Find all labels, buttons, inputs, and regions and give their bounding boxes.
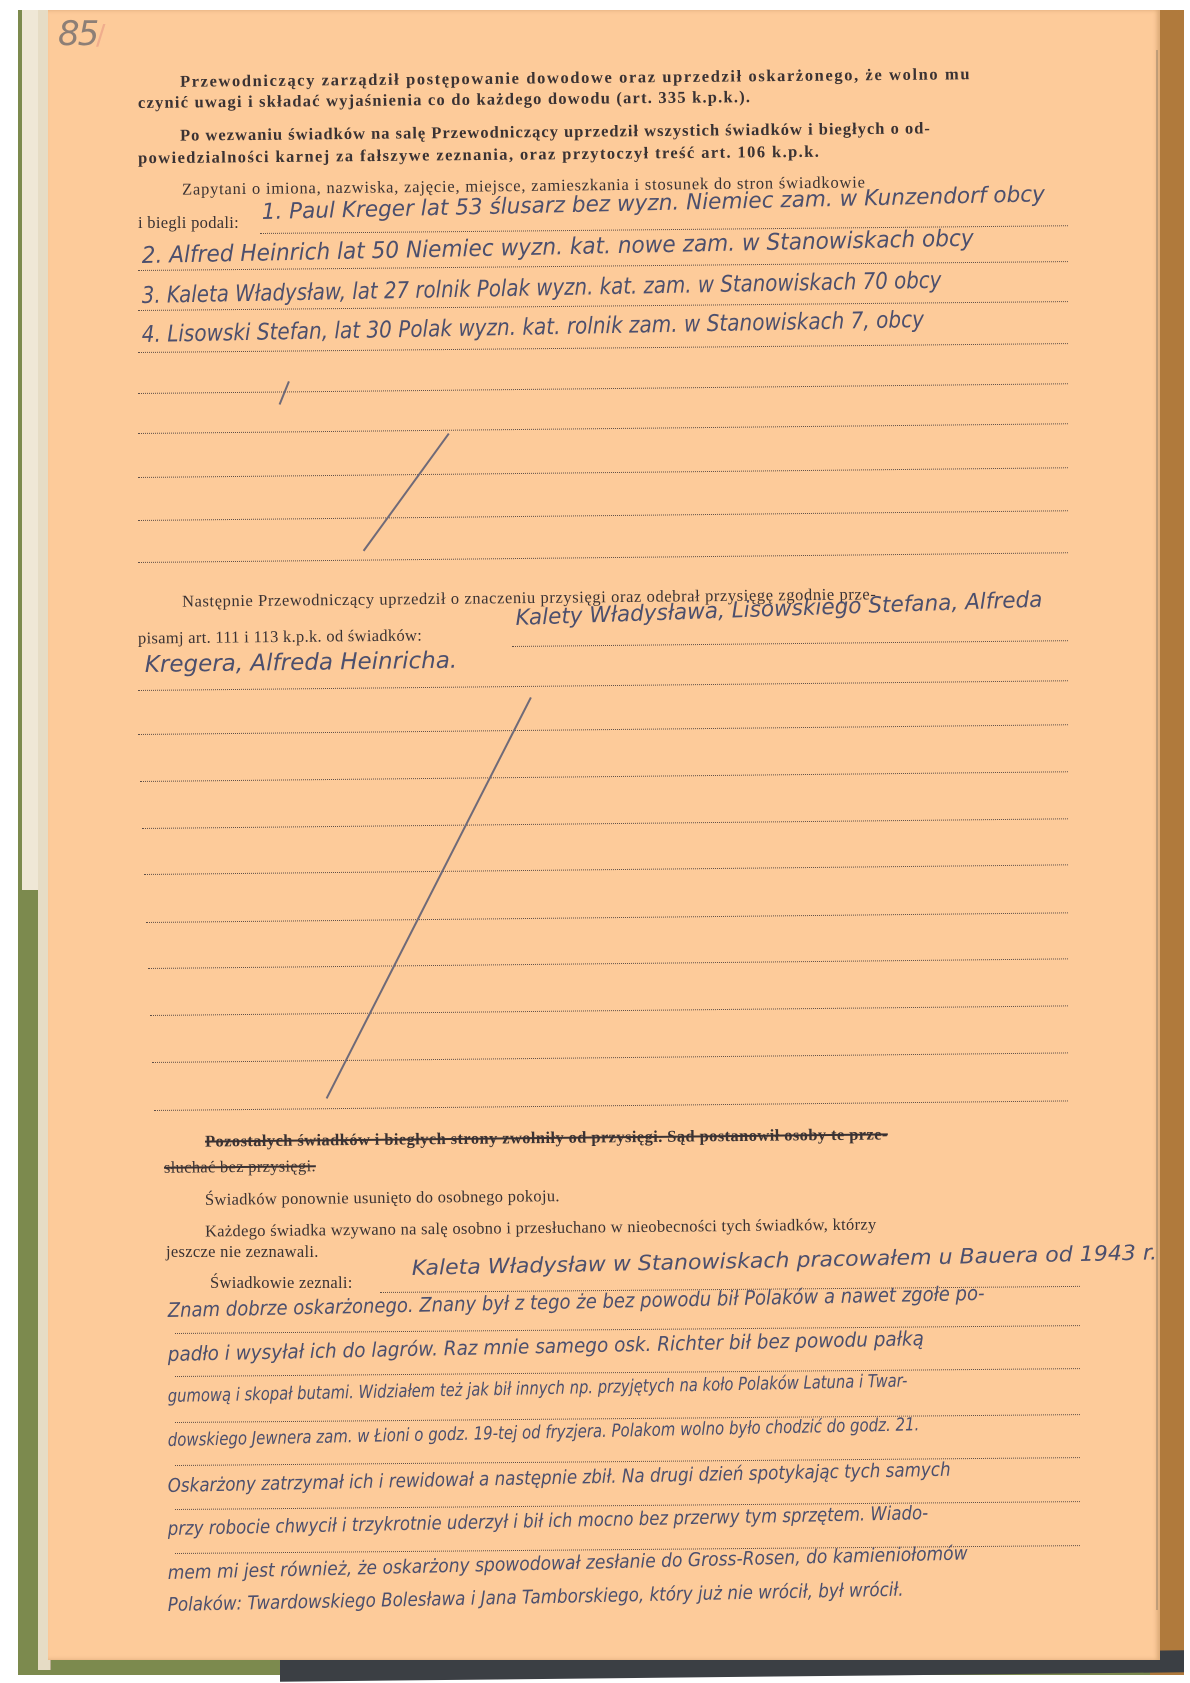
released-line-2: słuchać bez przysięgi. (164, 1156, 316, 1178)
testimony-label: Świadkowie zeznali: (210, 1273, 353, 1293)
pencil-mark: / (96, 18, 105, 51)
margin-rule (1156, 50, 1158, 1610)
folio-number: 85 (58, 14, 97, 54)
witnesses-label: i biegli podali: (138, 213, 239, 233)
oath-label: pisamj art. 111 i 113 k.p.k. od świadków… (138, 626, 422, 649)
procedure-line-1: Świadków ponownie usunięto do osobnego p… (205, 1186, 560, 1210)
procedure-line-3: jeszcze nie zeznawali. (166, 1242, 319, 1262)
oath-witnesses-line-2: Kregera, Alfreda Heinricha. (145, 648, 458, 678)
